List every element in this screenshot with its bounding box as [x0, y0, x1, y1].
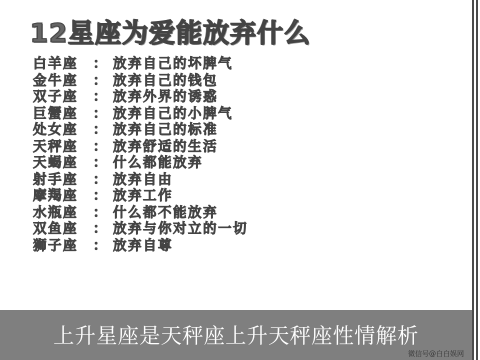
caption-text: 上升星座是天秤座上升天秤座性情解析: [0, 320, 472, 350]
sign-answer: 放弃工作: [113, 188, 173, 204]
separator: ：: [93, 221, 113, 238]
sign-answer: 放弃外界的诱惑: [113, 89, 218, 105]
zodiac-list: 白羊座：放弃自己的坏脾气 金牛座：放弃自己的钱包 双子座：放弃外界的诱惑 巨蟹座…: [33, 56, 248, 254]
separator: ：: [93, 238, 113, 255]
right-border-line: [472, 0, 474, 360]
list-item: 白羊座：放弃自己的坏脾气: [33, 56, 248, 73]
watermark: 微信号@白白娱网: [408, 349, 464, 359]
sign-name: 处女座: [33, 122, 93, 139]
separator: ：: [93, 172, 113, 189]
separator: ：: [93, 155, 113, 172]
slide-title: 12星座为爱能放弃什么: [30, 13, 311, 50]
sign-name: 巨蟹座: [33, 106, 93, 123]
sign-answer: 放弃自己的标准: [113, 122, 218, 138]
list-item: 摩羯座：放弃工作: [33, 188, 248, 205]
list-item: 双子座：放弃外界的诱惑: [33, 89, 248, 106]
sign-answer: 放弃自尊: [113, 238, 173, 254]
list-item: 射手座：放弃自由: [33, 172, 248, 189]
sign-name: 摩羯座: [33, 188, 93, 205]
list-item: 水瓶座：什么都不能放弃: [33, 205, 248, 222]
separator: ：: [93, 106, 113, 123]
list-item: 双鱼座：放弃与你对立的一切: [33, 221, 248, 238]
sign-name: 天蝎座: [33, 155, 93, 172]
list-item: 处女座：放弃自己的标准: [33, 122, 248, 139]
sign-name: 水瓶座: [33, 205, 93, 222]
separator: ：: [93, 122, 113, 139]
sign-answer: 放弃自己的小脾气: [113, 106, 233, 122]
list-item: 狮子座：放弃自尊: [33, 238, 248, 255]
list-item: 天蝎座：什么都能放弃: [33, 155, 248, 172]
list-item: 巨蟹座：放弃自己的小脾气: [33, 106, 248, 123]
sign-name: 射手座: [33, 172, 93, 189]
sign-name: 双子座: [33, 89, 93, 106]
sign-answer: 放弃自由: [113, 172, 173, 188]
sign-name: 金牛座: [33, 73, 93, 90]
separator: ：: [93, 188, 113, 205]
sign-answer: 放弃自己的钱包: [113, 73, 218, 89]
sign-name: 天秤座: [33, 139, 93, 156]
sign-answer: 放弃自己的坏脾气: [113, 56, 233, 72]
sign-answer: 放弃与你对立的一切: [113, 221, 248, 237]
sign-answer: 放弃舒适的生活: [113, 139, 218, 155]
list-item: 天秤座：放弃舒适的生活: [33, 139, 248, 156]
sign-answer: 什么都不能放弃: [113, 205, 218, 221]
sign-answer: 什么都能放弃: [113, 155, 203, 171]
sign-name: 白羊座: [33, 56, 93, 73]
separator: ：: [93, 89, 113, 106]
separator: ：: [93, 73, 113, 90]
list-item: 金牛座：放弃自己的钱包: [33, 73, 248, 90]
separator: ：: [93, 56, 113, 73]
sign-name: 双鱼座: [33, 221, 93, 238]
separator: ：: [93, 139, 113, 156]
sign-name: 狮子座: [33, 238, 93, 255]
right-border-line: [476, 0, 478, 360]
separator: ：: [93, 205, 113, 222]
slide: 12星座为爱能放弃什么 白羊座：放弃自己的坏脾气 金牛座：放弃自己的钱包 双子座…: [0, 0, 472, 360]
caption-bar: 上升星座是天秤座上升天秤座性情解析 微信号@白白娱网: [0, 310, 472, 360]
